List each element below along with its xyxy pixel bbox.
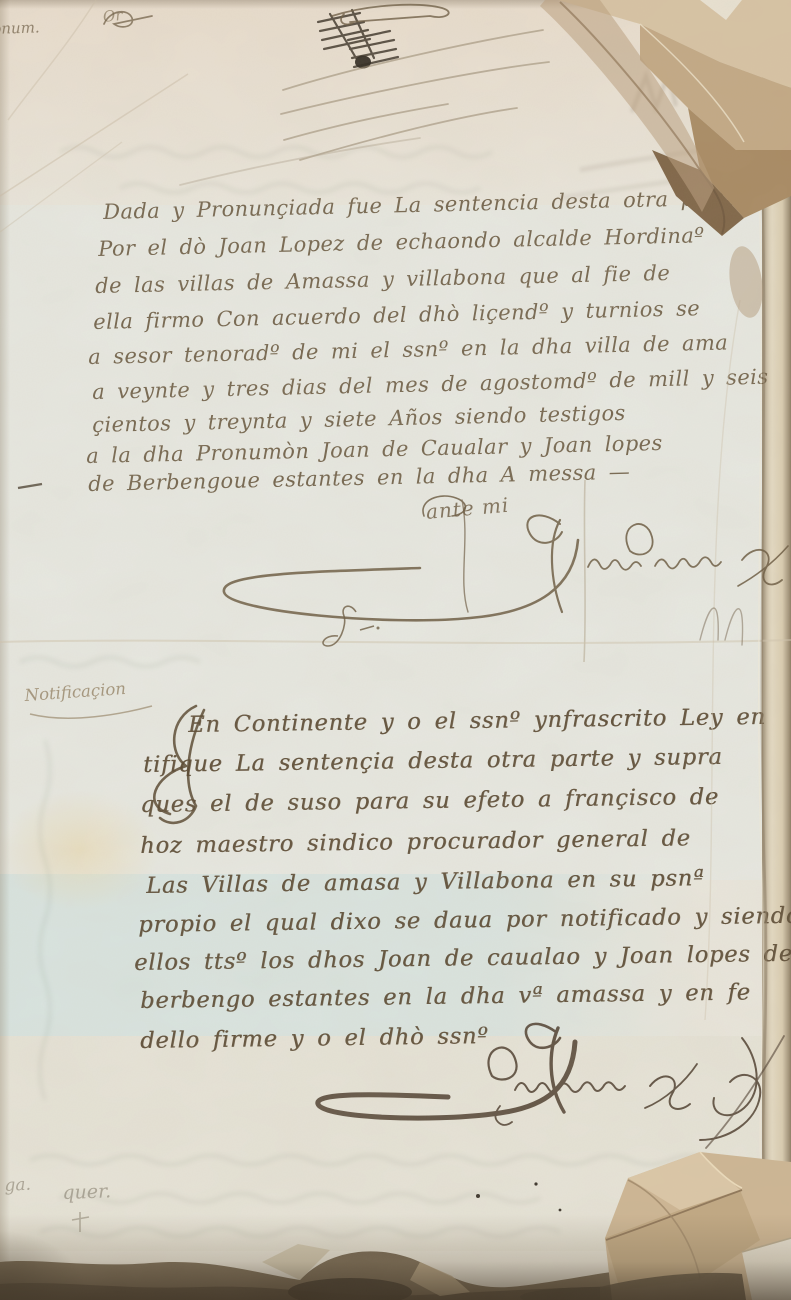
manuscript-line: Por el dò Joan Lopez de echaondo alcalde… [98, 223, 705, 261]
manuscript-line: Las Villas de amasa y Villabona en su ps… [146, 865, 705, 899]
right-page-edge-strip [762, 0, 791, 1300]
pencil-cross-mark [72, 1212, 89, 1232]
paper-low-tint [0, 1036, 791, 1251]
manuscript-line: çientos y treynta y siete Años siendo te… [92, 401, 626, 437]
torn-right-edge [725, 180, 767, 1300]
pencil-note-ga: ga. [4, 1175, 31, 1196]
manuscript-line: a sesor tenoradº de mi el ssnº en la dha… [88, 330, 728, 369]
notification-underline [30, 706, 152, 718]
paper-warm-stain [0, 790, 160, 910]
manuscript-line: Dada y Pronunçiada fue La sentencia dest… [103, 186, 740, 224]
paper-warm-top-tint [0, 0, 791, 215]
ink-offset-ghost [560, 74, 768, 198]
signature-flourish-1 [224, 496, 788, 645]
manuscript-line: propio el qual dixo se daua por notifica… [138, 903, 791, 938]
bottom-edge-shadow [0, 1214, 791, 1300]
manuscript-line: berbengo estantes en la dha vª amassa y … [140, 979, 751, 1014]
manuscript-line: hoz maestro sindico procurador general d… [140, 825, 691, 859]
manuscript-page: onum. Or Notificaçion ga. quer. Dada y P… [0, 0, 791, 1300]
manuscript-line: de las villas de Amassa y villabona que … [95, 261, 670, 298]
torn-bottom-edge [0, 1182, 791, 1300]
page-left-edge-shadow [0, 0, 10, 1300]
margin-note-top-left: onum. [0, 18, 40, 38]
manuscript-line: En Continente y o el ssnº ynfrascrito Le… [188, 704, 766, 738]
margin-mark-or: Or [102, 6, 123, 26]
manuscript-line: ellos ttsº los dhos Joan de caualao y Jo… [134, 941, 791, 976]
margin-dash [18, 484, 42, 488]
bottom-left-corner-shadow [0, 1230, 90, 1300]
margin-note-notification: Notificaçion [24, 679, 127, 705]
mid-page-mark [323, 606, 379, 646]
crumpled-corner-bottom-right [600, 1152, 791, 1300]
attestation-ante-mi: ante mi [425, 493, 510, 524]
manuscript-line: a veynte y tres dias del mes de agostomd… [92, 365, 769, 404]
manuscript-line: ella firmo Con acuerdo del dhò liçendº y… [93, 296, 700, 334]
manuscript-line: ques el de suso para su efeto a françisc… [140, 784, 719, 818]
pencil-note-quer: quer. [62, 1180, 111, 1204]
manuscript-line: dello firme y o el dhò ssnº [140, 1023, 489, 1054]
pen-scribbles [104, 5, 549, 185]
manuscript-line: tifique La sentençia desta otra parte y … [143, 744, 723, 778]
